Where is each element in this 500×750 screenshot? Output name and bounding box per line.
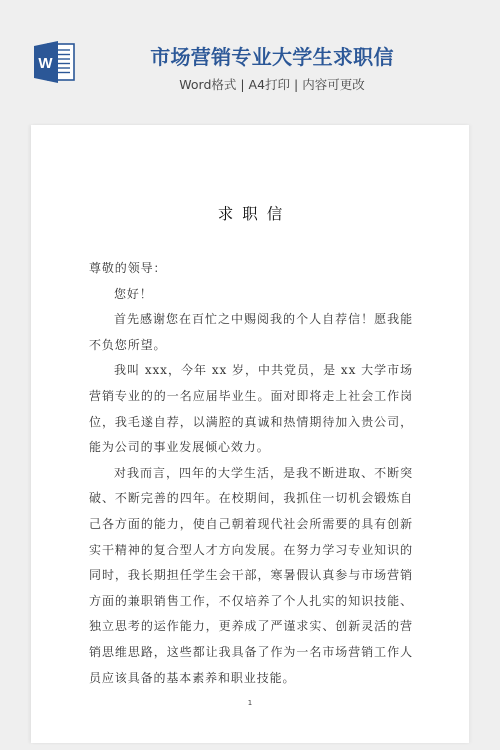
header: W 市场营销专业大学生求职信 Word格式 | A4打印 | 内容可更改 [0,0,500,124]
body-paragraph: 首先感谢您在百忙之中赐阅我的个人自荐信！愿我能不负您所望。 [89,307,413,358]
document-body: 尊敬的领导： 您好！ 首先感谢您在百忙之中赐阅我的个人自荐信！愿我能不负您所望。… [89,256,413,691]
word-document-icon: W [32,40,76,84]
page-title: 市场营销专业大学生求职信 [150,44,394,70]
page-subtitle: Word格式 | A4打印 | 内容可更改 [150,76,394,94]
greeting-paragraph: 您好！ [89,282,413,308]
salutation: 尊敬的领导： [89,256,413,282]
body-paragraph: 我叫 xxx，今年 xx 岁，中共党员，是 xx 大学市场营销专业的的一名应届毕… [89,358,413,460]
body-paragraph: 对我而言，四年的大学生活，是我不断进取、不断突破、不断完善的四年。在校期间，我抓… [89,461,413,691]
page-number: 1 [31,698,469,708]
document-title: 求职信 [31,204,469,224]
word-icon-letter: W [38,55,53,72]
document-page: 求职信 尊敬的领导： 您好！ 首先感谢您在百忙之中赐阅我的个人自荐信！愿我能不负… [31,125,469,743]
